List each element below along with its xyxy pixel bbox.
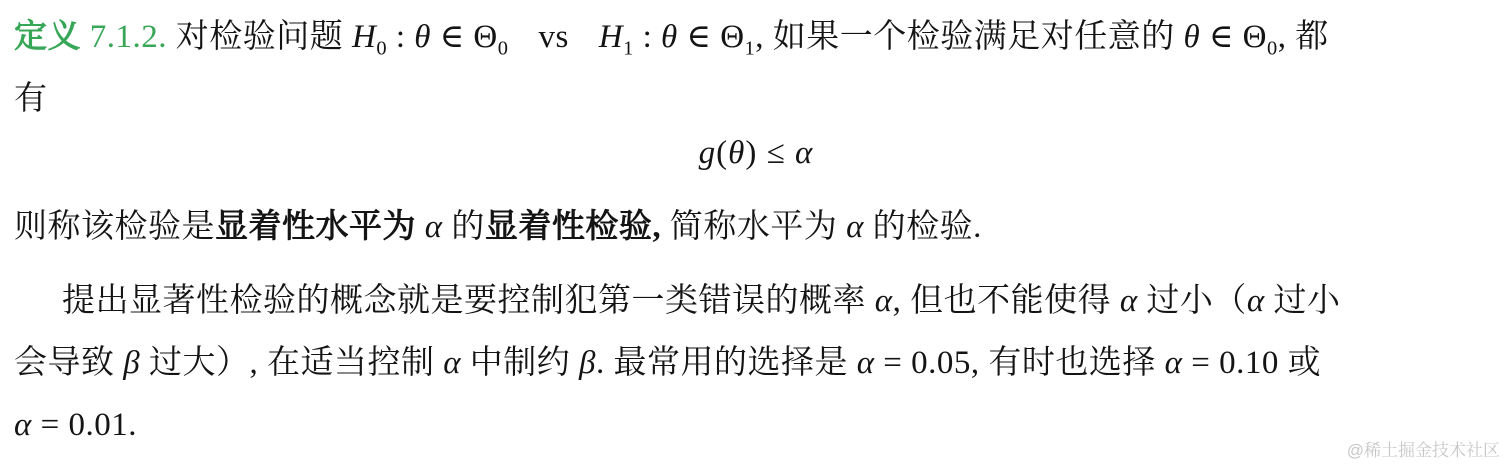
definition-line-1: 定义 7.1.2. 对检验问题 H0 : θ ∈ Θ0vsH1 : θ ∈ Θ1…	[14, 14, 1329, 60]
formula-g-theta-leq-alpha: g(θ) ≤ α	[0, 130, 1512, 176]
definition-conclusion-line: 则称该检验是显着性水平为 α 的显着性检验, 简称水平为 α 的检验.	[14, 204, 982, 250]
watermark: @稀土掘金技术社区	[1347, 436, 1500, 461]
definition-line-2: 有	[14, 76, 48, 122]
paragraph2-line-1: 提出显著性检验的概念就是要控制犯第一类错误的概率 α, 但也不能使得 α 过小（…	[62, 278, 1340, 324]
paragraph2-line-3: α = 0.01.	[14, 402, 137, 448]
paragraph2-line-2: 会导致 β 过大）, 在适当控制 α 中制约 β. 最常用的选择是 α = 0.…	[14, 340, 1321, 386]
